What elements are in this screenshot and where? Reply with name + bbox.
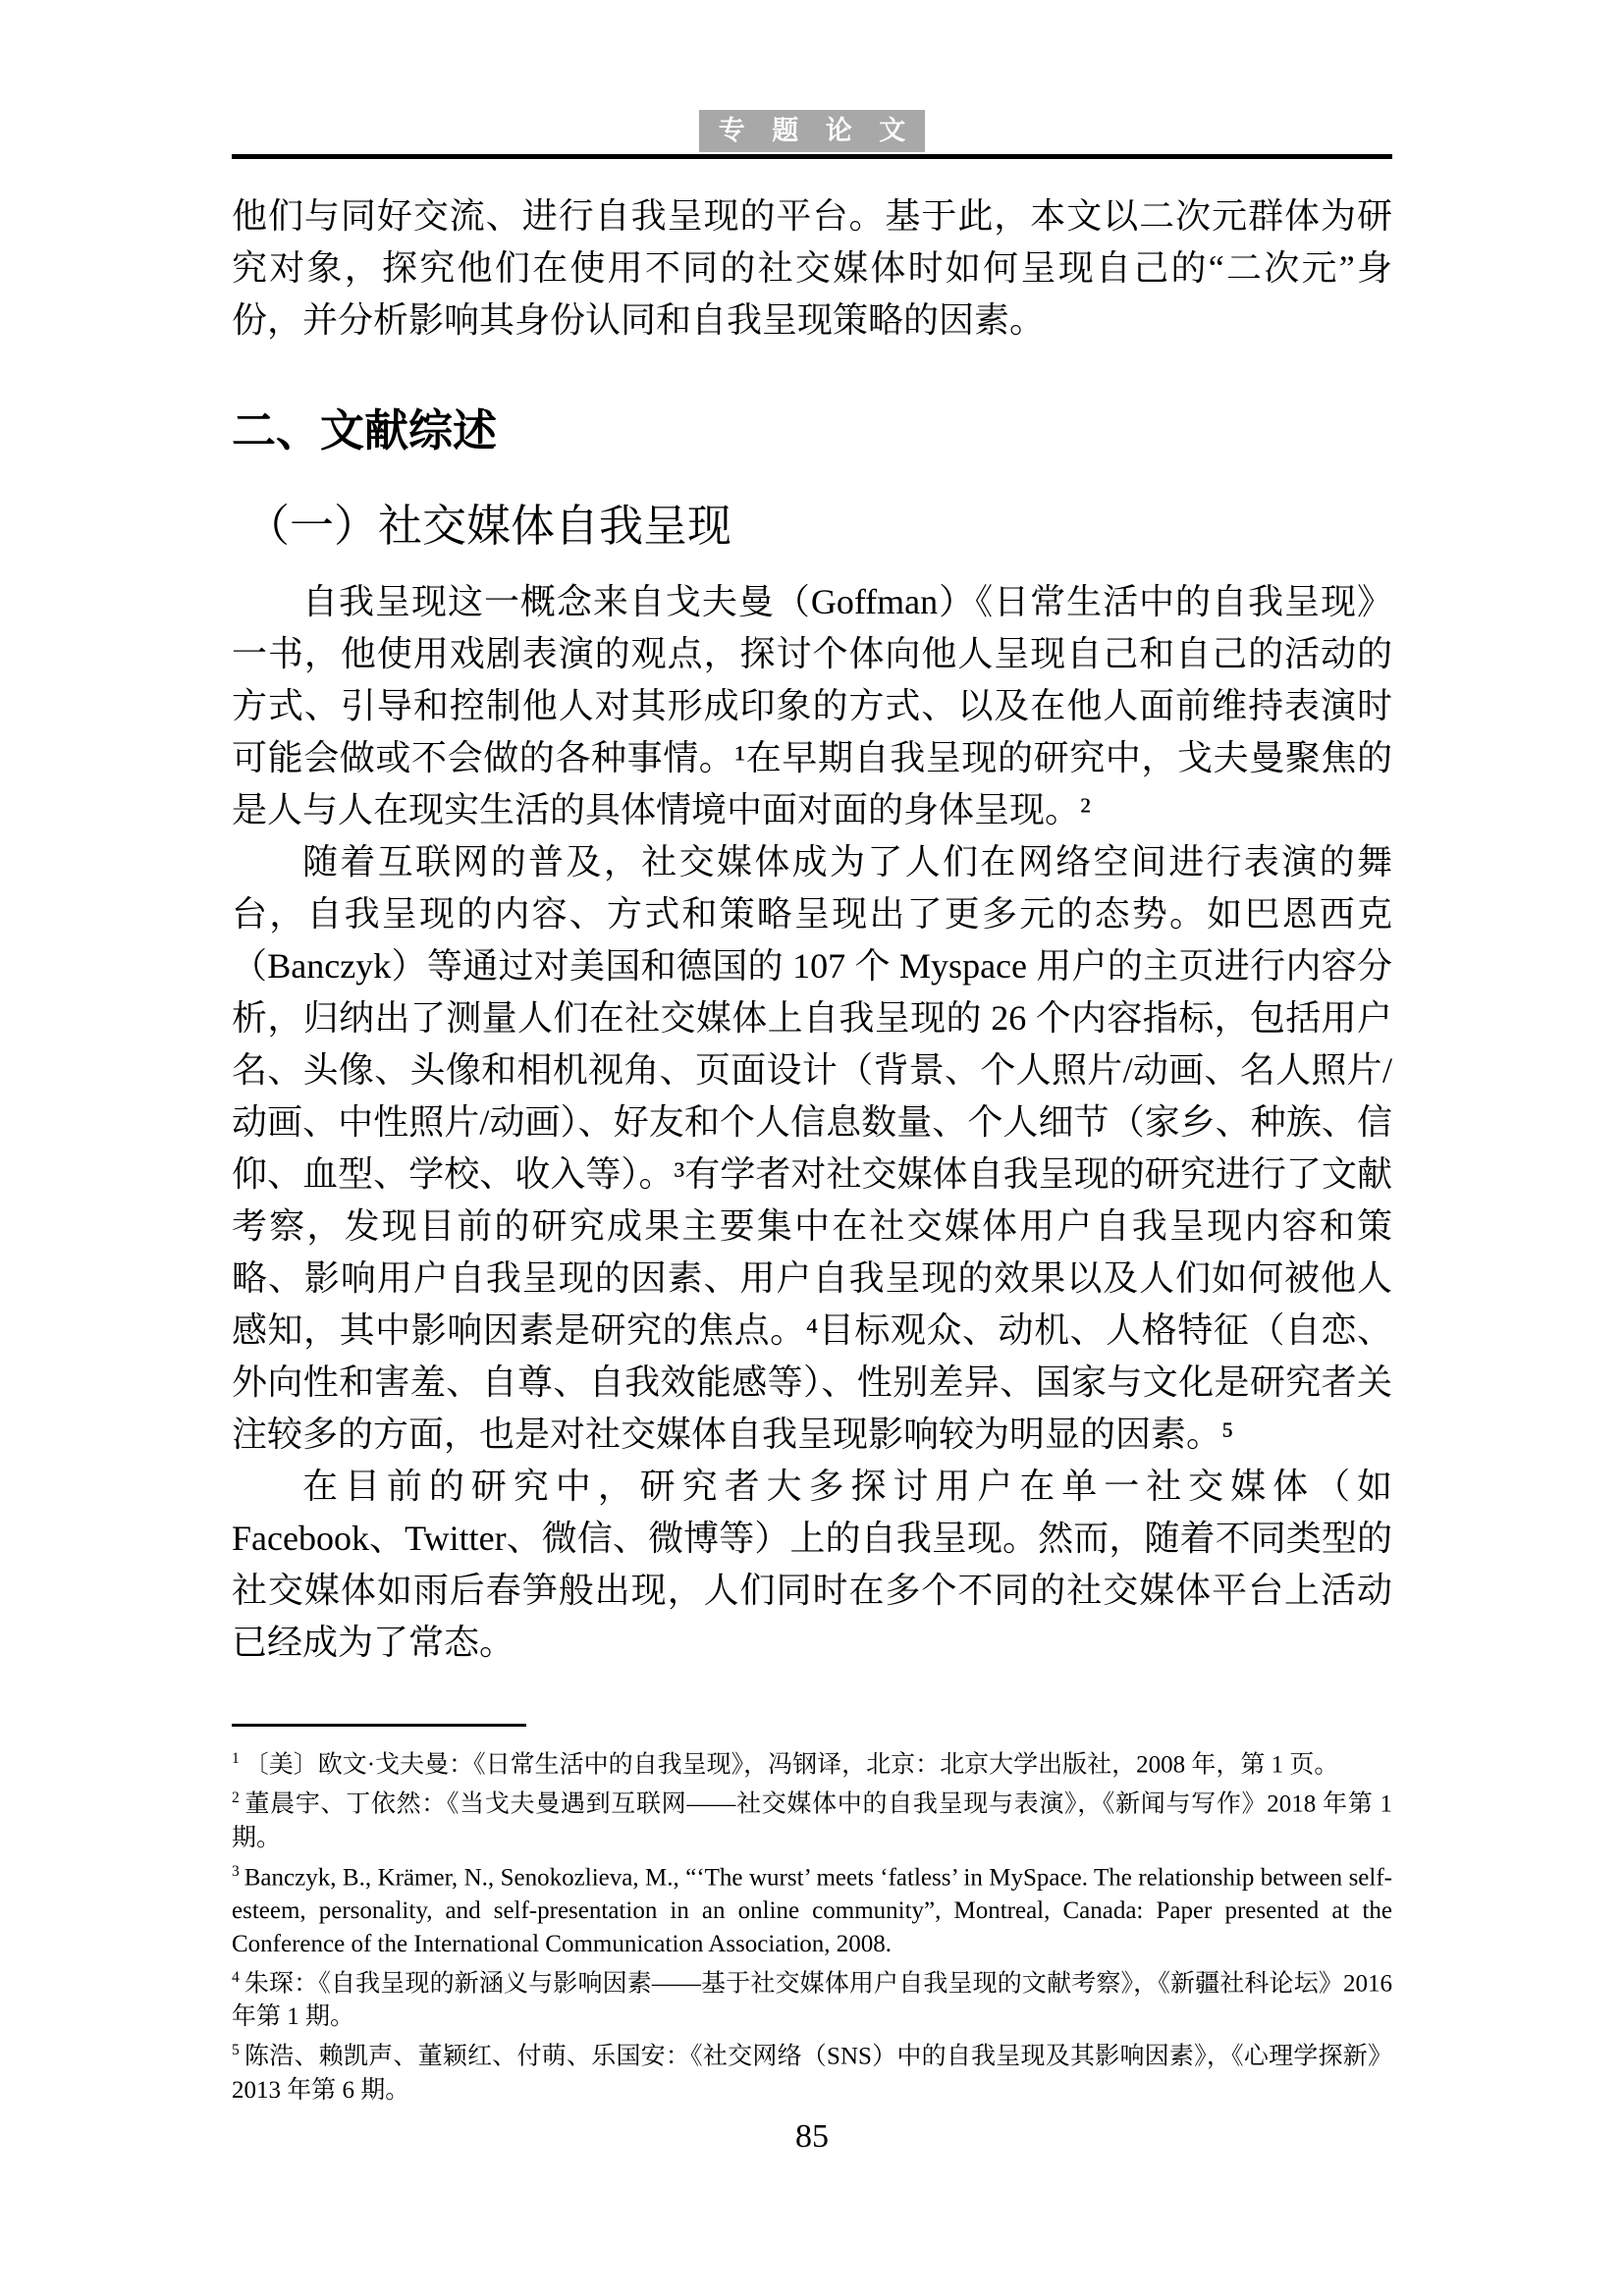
body-paragraph: 随着互联网的普及，社交媒体成为了人们在网络空间进行表演的舞台，自我呈现的内容、方… <box>232 836 1392 1461</box>
footnote-marker: 5 <box>232 2042 240 2058</box>
footnote-marker: 2 <box>232 1789 240 1806</box>
footnote-item: 3Banczyk, B., Krämer, N., Senokozlieva, … <box>232 1855 1392 1961</box>
footnote-marker: 4 <box>232 1969 240 1986</box>
footnote-separator <box>232 1724 526 1727</box>
page-number: 85 <box>0 2118 1624 2156</box>
footnote-text: Banczyk, B., Krämer, N., Senokozlieva, M… <box>232 1864 1392 1957</box>
footnote-marker: 1 <box>232 1750 240 1767</box>
subsection-heading: （一）社交媒体自我呈现 <box>232 500 1392 553</box>
lead-paragraph: 他们与同好交流、进行自我呈现的平台。基于此，本文以二次元群体为研究对象，探究他们… <box>232 190 1392 347</box>
footnote-marker: 3 <box>232 1863 240 1880</box>
page-body: 他们与同好交流、进行自我呈现的平台。基于此，本文以二次元群体为研究对象，探究他们… <box>232 190 1392 1669</box>
document-page: 专 题 论 文 他们与同好交流、进行自我呈现的平台。基于此，本文以二次元群体为研… <box>0 0 1624 2296</box>
footnote-item: 5陈浩、赖凯声、董颖红、付萌、乐国安：《社交网络（SNS）中的自我呈现及其影响因… <box>232 2034 1392 2107</box>
footnote-item: 2董晨宇、丁依然：《当戈夫曼遇到互联网——社交媒体中的自我呈现与表演》，《新闻与… <box>232 1782 1392 1854</box>
section-heading: 二、文献综述 <box>232 405 1392 456</box>
header-badge: 专 题 论 文 <box>699 110 926 152</box>
body-paragraph: 自我呈现这一概念来自戈夫曼（Goffman）《日常生活中的自我呈现》一书，他使用… <box>232 576 1392 836</box>
page-header: 专 题 论 文 <box>0 0 1624 159</box>
body-paragraph: 在目前的研究中，研究者大多探讨用户在单一社交媒体（如 Facebook、Twit… <box>232 1461 1392 1669</box>
footnote-item: 4朱琛：《自我呈现的新涵义与影响因素——基于社交媒体用户自我呈现的文献考察》，《… <box>232 1961 1392 2034</box>
header-rule <box>232 154 1392 159</box>
footnote-text: 朱琛：《自我呈现的新涵义与影响因素——基于社交媒体用户自我呈现的文献考察》，《新… <box>232 1970 1392 2030</box>
footnotes-section: 1〔美〕欧文·戈夫曼：《日常生活中的自我呈现》，冯钢译，北京：北京大学出版社，2… <box>232 1724 1392 2108</box>
footnote-text: 〔美〕欧文·戈夫曼：《日常生活中的自我呈现》，冯钢译，北京：北京大学出版社，20… <box>244 1751 1339 1778</box>
footnote-text: 董晨宇、丁依然：《当戈夫曼遇到互联网——社交媒体中的自我呈现与表演》，《新闻与写… <box>232 1791 1392 1851</box>
footnote-item: 1〔美〕欧文·戈夫曼：《日常生活中的自我呈现》，冯钢译，北京：北京大学出版社，2… <box>232 1742 1392 1782</box>
footnote-text: 陈浩、赖凯声、董颖红、付萌、乐国安：《社交网络（SNS）中的自我呈现及其影响因素… <box>232 2044 1392 2104</box>
